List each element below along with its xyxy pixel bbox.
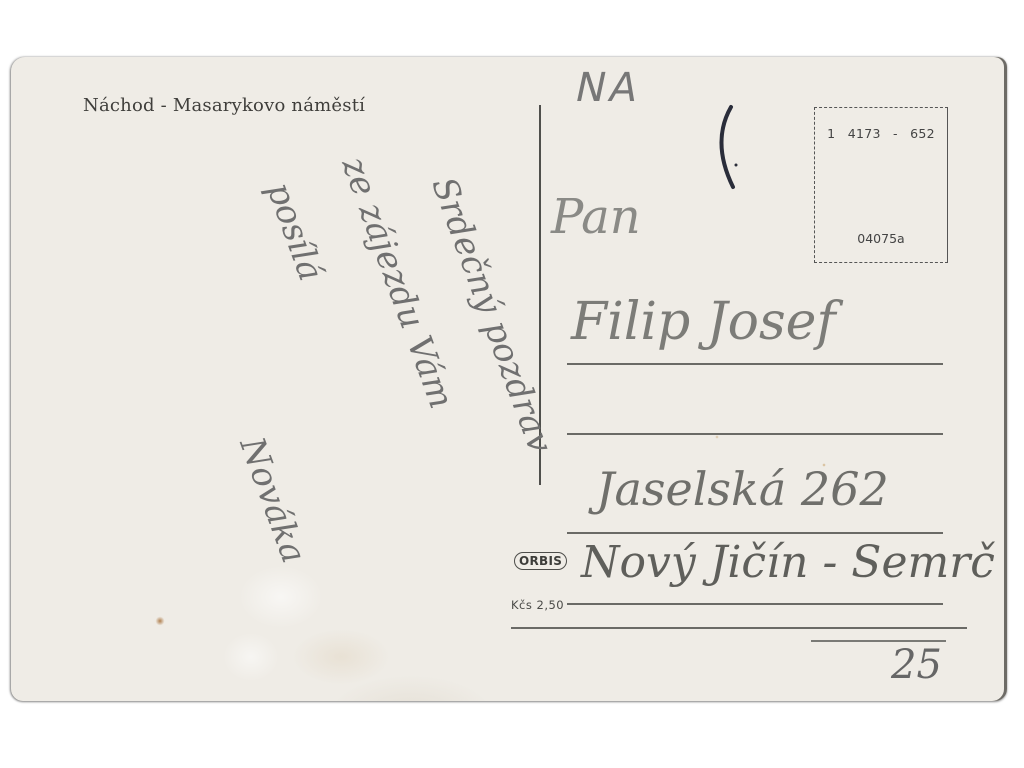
corner-mark: NA [571,65,646,111]
stamp-box: 1 4173 - 652 04075a [814,107,948,263]
address-line-3 [567,532,943,534]
address-street: Jaselská 262 [596,462,889,516]
price-label: Kčs 2,50 [511,598,564,612]
address-line-2 [567,433,943,435]
address-salutation: Pan [551,189,641,245]
message-line-4: Nováka [231,432,313,568]
stamp-code-top: 1 4173 - 652 [815,126,947,141]
message-line-3: posílá [258,177,330,286]
address-name: Filip Josef [571,292,836,352]
address-line-4 [567,603,943,605]
stamp-code-bottom: 04075a [815,231,947,246]
address-city: Nový Jičín - Semrč [581,537,995,588]
address-note: 25 [891,642,942,688]
address-line-1 [567,363,943,365]
postcard-title: Náchod - Masarykovo náměstí [83,95,365,116]
orbis-logo: ORBIS [514,552,567,570]
postcard-back: Náchod - Masarykovo náměstí 1 4173 - 652… [11,57,1007,701]
address-line-5 [511,627,967,629]
